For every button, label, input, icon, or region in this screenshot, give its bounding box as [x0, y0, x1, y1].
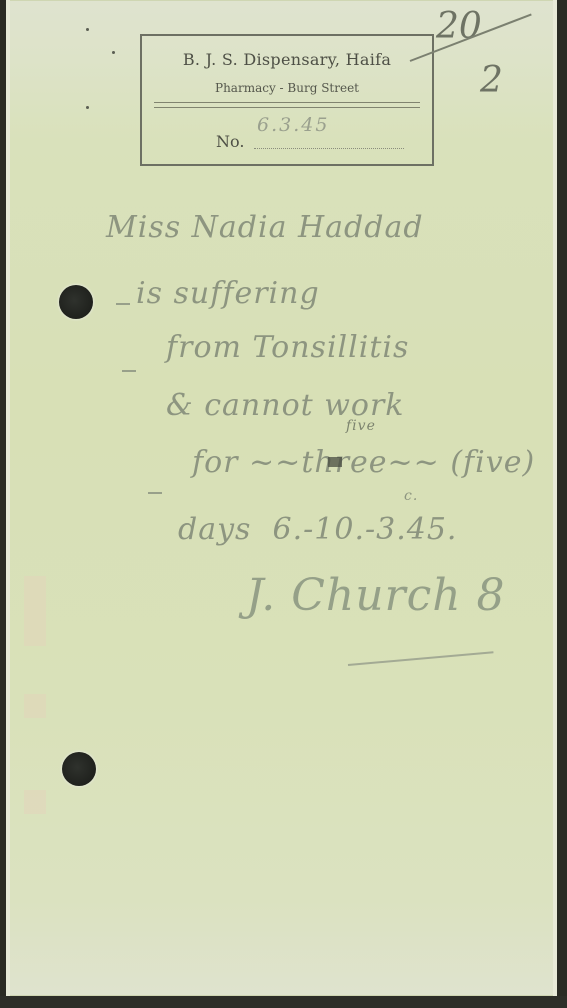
- scanned-document: B. J. S. Dispensary, Haifa Pharmacy - Bu…: [0, 0, 567, 1008]
- handwritten-line-patient: Miss Nadia Haddad: [106, 210, 424, 245]
- number-dotted-line: [254, 148, 404, 149]
- scan-bottom-border: [0, 996, 567, 1008]
- paper-edge-left: [6, 0, 10, 996]
- paper-stain: [24, 694, 46, 718]
- handwritten-initial-c: c.: [404, 488, 418, 504]
- ledger-mark-bottom: 2: [480, 60, 503, 101]
- paper-edge-right: [553, 0, 557, 996]
- punch-hole-bottom: [62, 752, 96, 786]
- handwritten-line-duration: for ~~three~~ (five): [192, 445, 535, 480]
- ink-speck: [112, 51, 115, 54]
- double-rule-divider: [154, 102, 420, 108]
- dispensary-header-box: B. J. S. Dispensary, Haifa Pharmacy - Bu…: [140, 34, 434, 166]
- signature-underline: [348, 651, 494, 666]
- handwritten-line-diagnosis: from Tonsillitis: [166, 330, 409, 365]
- margin-dash: [116, 303, 130, 305]
- strikethrough-mark: [328, 457, 342, 467]
- doctor-signature: J. Church 8: [246, 570, 506, 621]
- ink-speck: [86, 28, 89, 31]
- paper-stain: [24, 790, 46, 814]
- margin-dash: [148, 492, 162, 494]
- handwritten-line-dates: days 6.-10.-3.45.: [178, 512, 457, 547]
- ink-speck: [86, 106, 89, 109]
- paper-stain: [24, 576, 46, 646]
- handwritten-line-suffering: is suffering: [136, 276, 320, 311]
- punch-hole-top: [59, 285, 93, 319]
- margin-dash: [122, 370, 136, 372]
- number-value-handwritten: 6.3.45: [257, 114, 329, 136]
- number-label: No.: [216, 132, 244, 151]
- handwritten-correction-five: five: [346, 418, 376, 434]
- dispensary-name: B. J. S. Dispensary, Haifa: [142, 50, 432, 69]
- paper-sheet: B. J. S. Dispensary, Haifa Pharmacy - Bu…: [6, 0, 557, 996]
- dispensary-address: Pharmacy - Burg Street: [142, 81, 432, 95]
